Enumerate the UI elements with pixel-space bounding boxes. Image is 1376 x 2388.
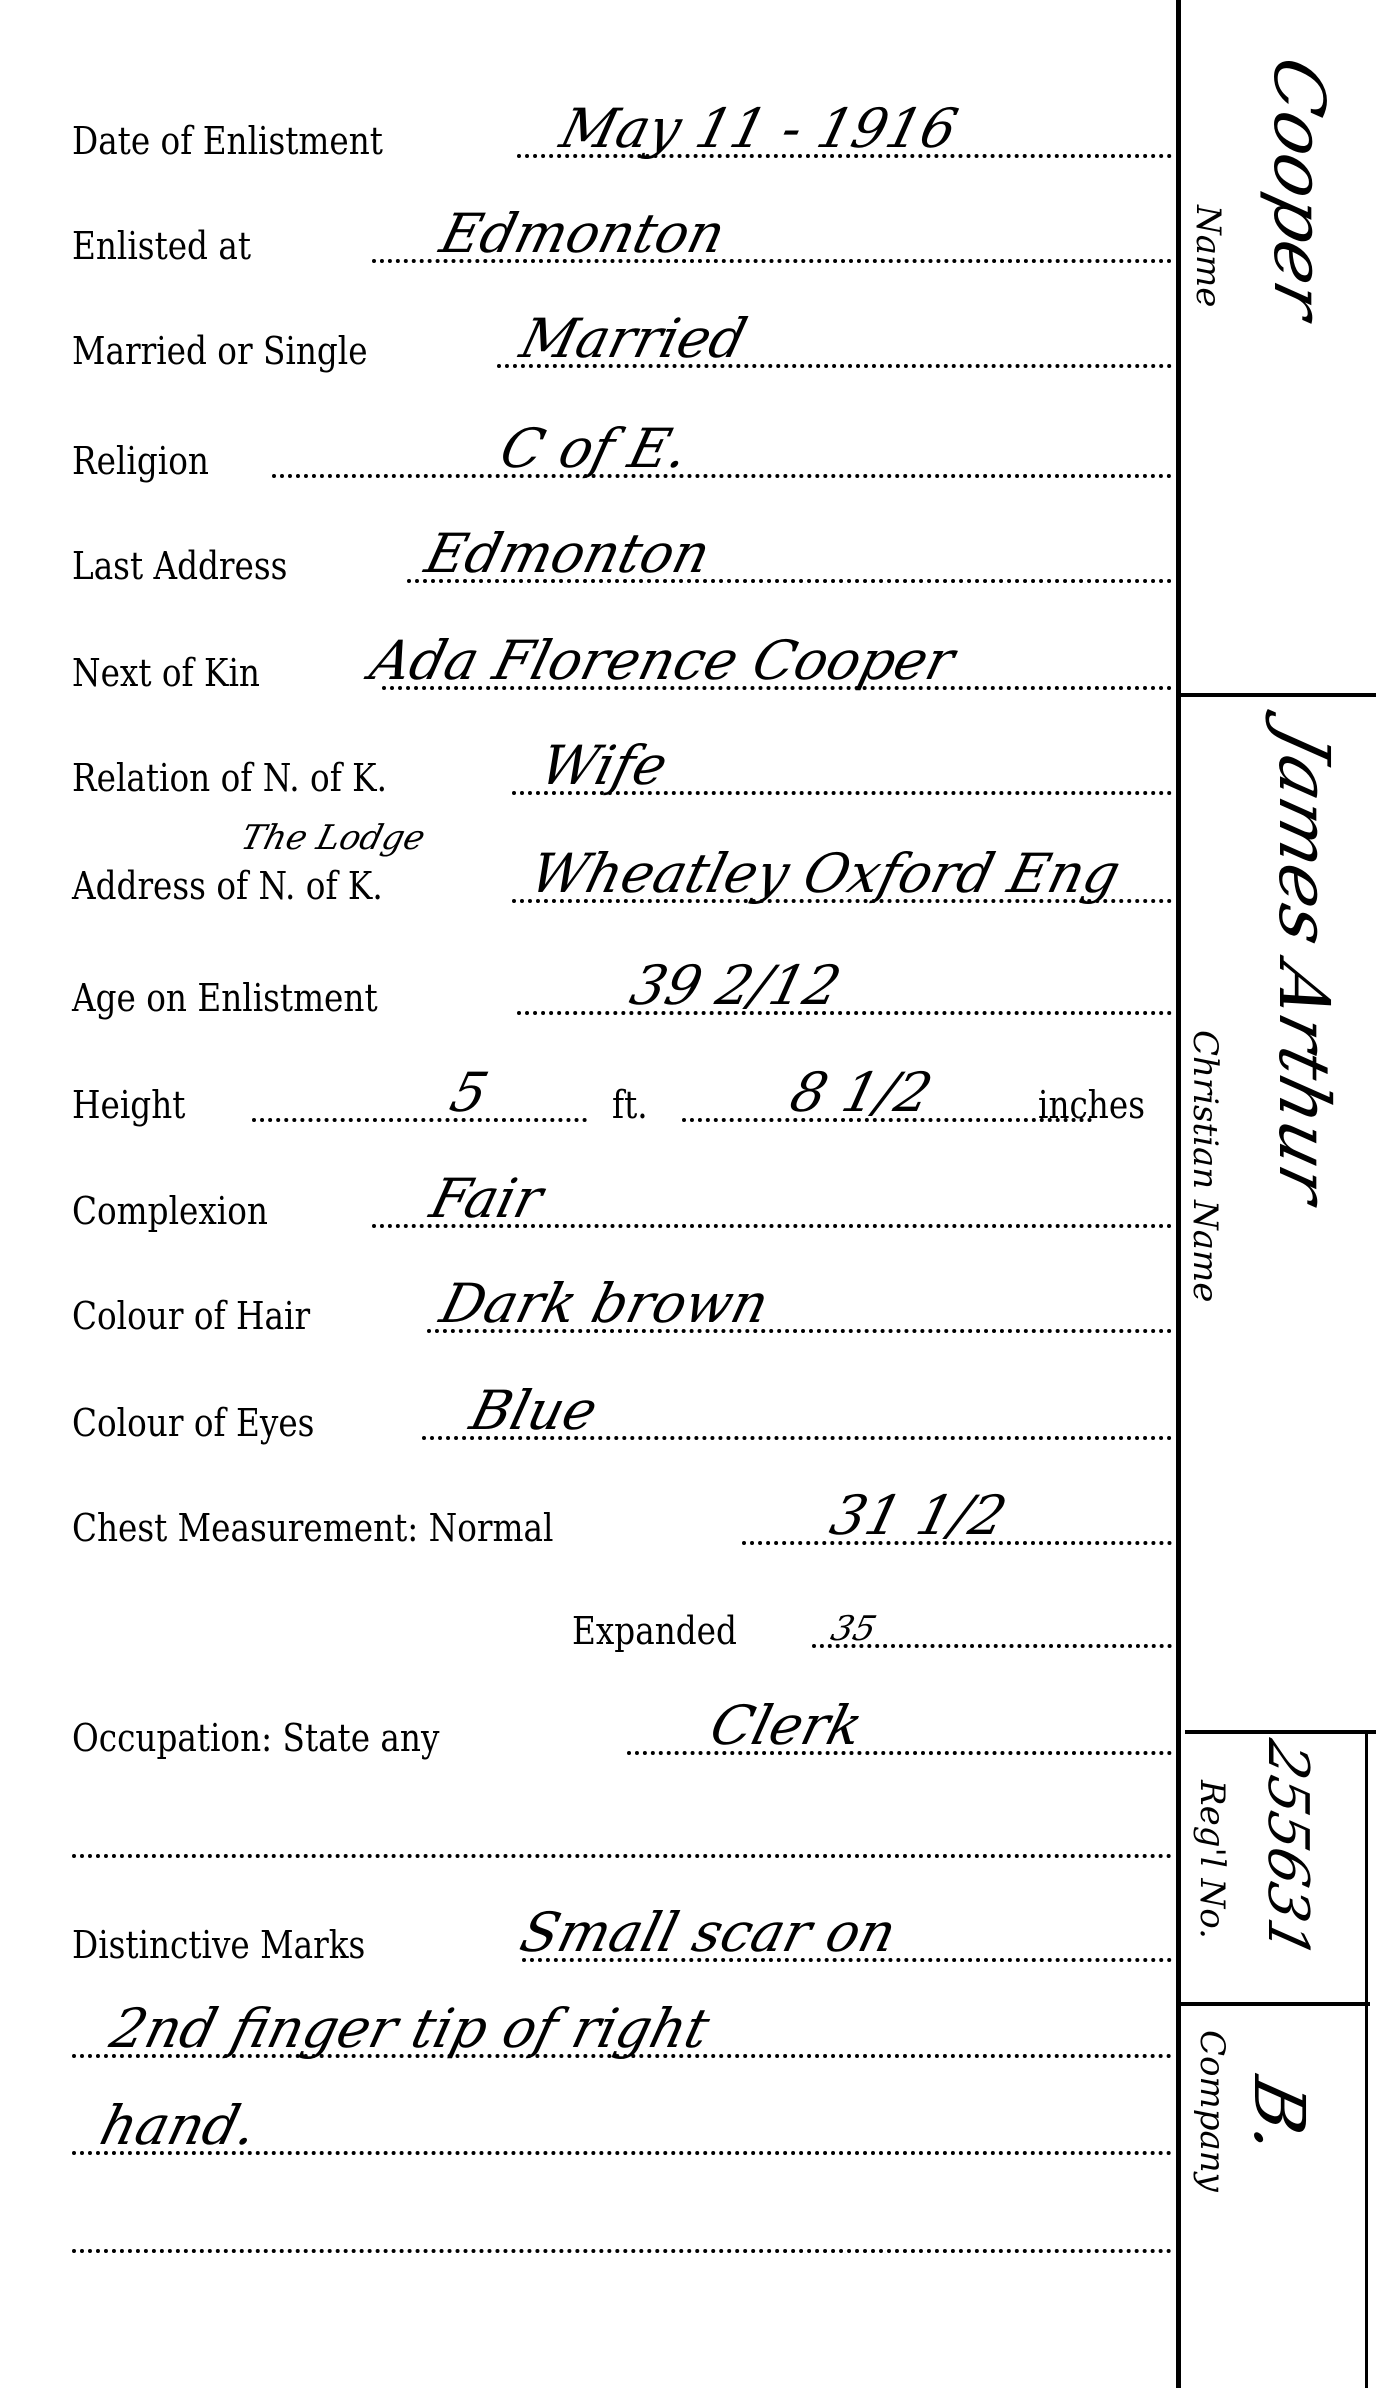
field-enlisted-at: Enlisted at Edmonton <box>72 205 1172 265</box>
dotted-line <box>272 474 1172 478</box>
field-complexion: Complexion Fair <box>72 1170 1172 1230</box>
field-married-or-single: Married or Single Married <box>72 310 1172 370</box>
regimental-number-value: 255631 <box>1255 1734 1320 1964</box>
field-label: Age on Enlistment <box>72 979 378 1017</box>
section-divider <box>1185 1730 1376 1734</box>
field-label: Distinctive Marks <box>72 1926 365 1964</box>
field-value: Wife <box>535 739 672 793</box>
blank-line <box>72 2195 1172 2255</box>
field-chest-expanded: Expanded 35 <box>72 1590 1172 1650</box>
field-label: Complexion <box>72 1192 268 1230</box>
field-value: Married <box>515 312 751 366</box>
field-value: 35 <box>828 1612 880 1646</box>
height-inches-value: 8 1/2 <box>785 1066 937 1120</box>
field-label: Address of N. of K. <box>72 867 383 905</box>
name-label: Name <box>1188 205 1228 307</box>
field-label: Next of Kin <box>72 654 260 692</box>
field-label: Married or Single <box>72 332 368 370</box>
field-label: Chest Measurement: Normal <box>72 1509 553 1547</box>
dotted-line <box>72 2249 1172 2253</box>
attestation-card: Date of Enlistment May 11 - 1916 Enliste… <box>0 0 1376 2388</box>
height-feet-value: 5 <box>445 1066 493 1120</box>
field-value: Wheatley Oxford Eng <box>525 847 1125 901</box>
field-colour-of-hair: Colour of Hair Dark brown <box>72 1275 1172 1335</box>
field-relation-of-next-of-kin: Relation of N. of K. Wife <box>72 737 1172 797</box>
field-label: Relation of N. of K. <box>72 759 387 797</box>
field-label: Height <box>72 1086 185 1124</box>
field-address-of-next-of-kin: Address of N. of K. The Lodge Wheatley O… <box>72 845 1172 905</box>
christian-name-label: Christian Name <box>1185 1030 1225 1302</box>
field-value: Clerk <box>705 1699 868 1753</box>
dotted-line <box>517 1011 1172 1015</box>
field-value-above: The Lodge <box>238 821 429 855</box>
field-value: Ada Florence Cooper <box>365 634 959 688</box>
field-occupation: Occupation: State any Clerk <box>72 1697 1172 1757</box>
field-colour-of-eyes: Colour of Eyes Blue <box>72 1382 1172 1442</box>
inner-column-divider <box>1365 1730 1368 2388</box>
field-distinctive-marks: Distinctive Marks Small scar on <box>72 1904 1172 1964</box>
field-label: Date of Enlistment <box>72 122 383 160</box>
field-value: 2nd finger tip of right <box>105 2002 714 2056</box>
field-height: Height 5 ft. 8 1/2 inches <box>72 1064 1172 1124</box>
field-value: Fair <box>425 1172 548 1226</box>
field-label: Colour of Hair <box>72 1297 310 1335</box>
section-divider <box>1180 2002 1370 2006</box>
distinctive-marks-line-3: hand. <box>72 2097 1172 2157</box>
name-value: Cooper <box>1258 50 1340 328</box>
field-value: hand. <box>95 2099 262 2153</box>
distinctive-marks-line-2: 2nd finger tip of right <box>72 2000 1172 2060</box>
blank-line <box>72 1800 1172 1860</box>
field-label: Colour of Eyes <box>72 1404 314 1442</box>
field-value: Edmonton <box>435 207 730 261</box>
field-chest-normal: Chest Measurement: Normal 31 1/2 <box>72 1487 1172 1547</box>
company-value: B. <box>1238 2070 1320 2164</box>
field-value: Small scar on <box>515 1906 901 1960</box>
company-label: Company <box>1192 2030 1232 2192</box>
dotted-line <box>72 1854 1172 1858</box>
christian-name-value: James Arthur <box>1263 720 1345 1212</box>
regimental-number-label: Reg'l No. <box>1192 1780 1232 1939</box>
field-value: May 11 - 1916 <box>555 102 962 156</box>
inches-label: inches <box>1038 1086 1145 1124</box>
field-value: C of E. <box>495 422 693 476</box>
section-divider <box>1181 693 1376 697</box>
field-label: Expanded <box>572 1612 737 1650</box>
feet-label: ft. <box>612 1086 648 1124</box>
field-label: Last Address <box>72 547 287 585</box>
field-next-of-kin: Next of Kin Ada Florence Cooper <box>72 632 1172 692</box>
dotted-line <box>252 1118 587 1122</box>
field-label: Enlisted at <box>72 227 251 265</box>
field-value: Dark brown <box>435 1277 774 1331</box>
field-date-of-enlistment: Date of Enlistment May 11 - 1916 <box>72 100 1172 160</box>
field-religion: Religion C of E. <box>72 420 1172 480</box>
field-value: 39 2/12 <box>625 959 846 1013</box>
field-last-address: Last Address Edmonton <box>72 525 1172 585</box>
field-age-on-enlistment: Age on Enlistment 39 2/12 <box>72 957 1172 1017</box>
column-divider <box>1176 0 1181 2388</box>
field-value: 31 1/2 <box>825 1489 1011 1543</box>
field-value: Edmonton <box>420 527 715 581</box>
field-label: Religion <box>72 442 209 480</box>
field-label: Occupation: State any <box>72 1719 439 1757</box>
field-value: Blue <box>465 1384 602 1438</box>
